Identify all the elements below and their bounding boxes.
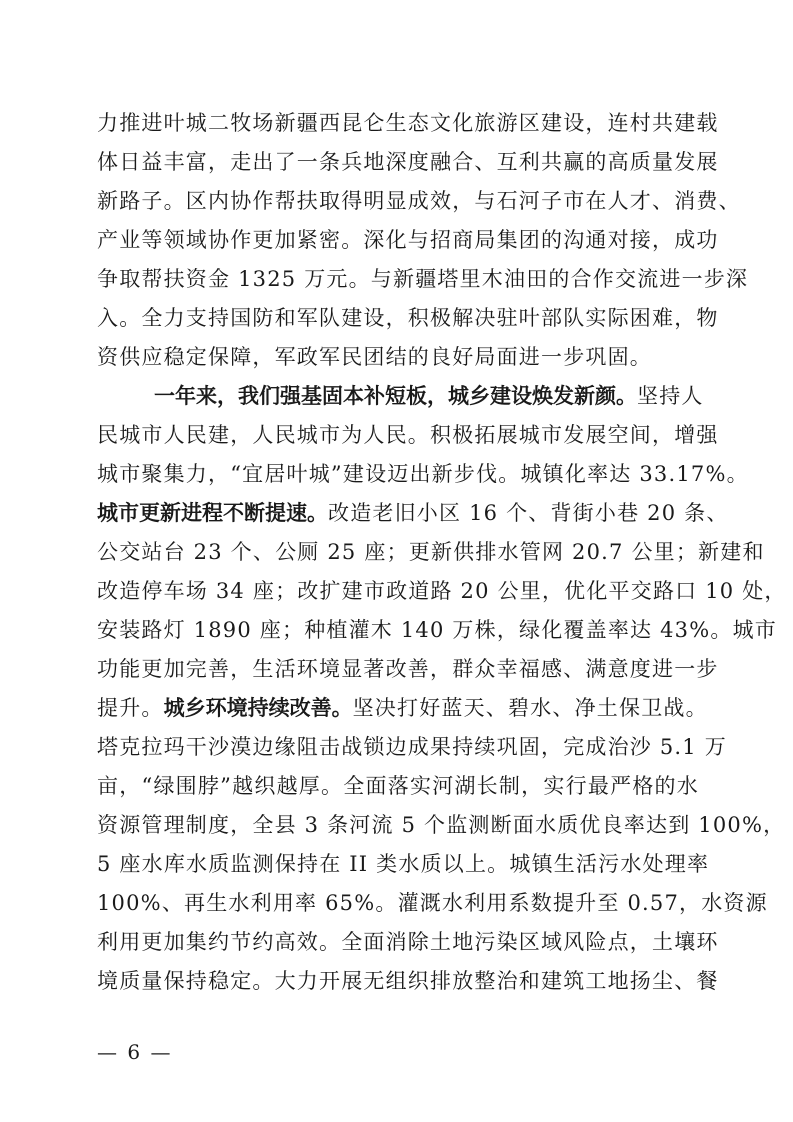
text-line: 城市更新进程不断提速。改造老旧小区 16 个、背街小巷 20 条、 — [97, 494, 699, 533]
text-segment: 功能更加完善，生活环境显著改善，群众幸福感、满意度进一步 — [97, 657, 719, 681]
text-line: 产业等领域协作更加紧密。深化与招商局集团的沟通对接，成功 — [97, 221, 699, 260]
text-line: 入。全力支持国防和军队建设，积极解决驻叶部队实际困难，物 — [97, 299, 699, 338]
text-line: 利用更加集约节约高效。全面消除土地污染区域风险点，土壤环 — [97, 923, 699, 962]
text-line: 安装路灯 1890 座；种植灌木 140 万株，绿化覆盖率达 43%。城市 — [97, 611, 699, 650]
text-segment: 民城市人民建，人民城市为人民。积极拓展城市发展空间，增强 — [97, 423, 719, 447]
text-segment: 改造老旧小区 16 个、背街小巷 20 条、 — [328, 501, 729, 525]
text-line: 争取帮扶资金 1325 万元。与新疆塔里木油田的合作交流进一步深 — [97, 260, 699, 299]
text-line: 5 座水库水质监测保持在 II 类水质以上。城镇生活污水处理率 — [97, 845, 699, 884]
paragraph-start-line: 一年来，我们强基固本补短板，城乡建设焕发新颜。坚持人 — [97, 377, 699, 416]
text-segment: 体日益丰富，走出了一条兵地深度融合、互利共赢的高质量发展 — [97, 150, 719, 174]
text-segment: 新路子。区内协作帮扶取得明显成效，与石河子市在人才、消费、 — [97, 189, 741, 213]
text-segment: 争取帮扶资金 1325 万元。与新疆塔里木油田的合作交流进一步深 — [97, 267, 748, 291]
text-segment: 塔克拉玛干沙漠边缘阻击战锁边成果持续巩固，完成治沙 5.1 万 — [97, 735, 727, 759]
text-segment: 城市聚集力，“宜居叶城”建设迈出新步伐。城镇化率达 33.17%。 — [97, 462, 749, 486]
text-segment: 境质量保持稳定。大力开展无组织排放整治和建筑工地扬尘、餐 — [97, 969, 719, 993]
text-line: 资源管理制度，全县 3 条河流 5 个监测断面水质优良率达到 100%， — [97, 806, 699, 845]
text-segment: 100%、再生水利用率 65%。灌溉水利用系数提升至 0.57，水资源 — [97, 891, 768, 915]
text-segment: 资供应稳定保障，军政军民团结的良好局面进一步巩固。 — [97, 345, 652, 369]
text-segment: 力推进叶城二牧场新疆西昆仑生态文化旅游区建设，连村共建载 — [97, 111, 719, 135]
text-segment: 安装路灯 1890 座；种植灌木 140 万株，绿化覆盖率达 43%。城市 — [97, 618, 777, 642]
text-line: 体日益丰富，走出了一条兵地深度融合、互利共赢的高质量发展 — [97, 143, 699, 182]
text-line: 100%、再生水利用率 65%。灌溉水利用系数提升至 0.57，水资源 — [97, 884, 699, 923]
page-number: — 6 — — [97, 1040, 172, 1064]
text-line: 资供应稳定保障，军政军民团结的良好局面进一步巩固。 — [97, 338, 699, 377]
subsection-heading: 城乡环境持续改善。 — [164, 696, 353, 720]
text-line: 塔克拉玛干沙漠边缘阻击战锁边成果持续巩固，完成治沙 5.1 万 — [97, 728, 699, 767]
text-segment: 资源管理制度，全县 3 条河流 5 个监测断面水质优良率达到 100%， — [97, 813, 785, 837]
text-line: 亩，“绿围脖”越织越厚。全面落实河湖长制，实行最严格的水 — [97, 767, 699, 806]
text-line: 民城市人民建，人民城市为人民。积极拓展城市发展空间，增强 — [97, 416, 699, 455]
text-segment: 坚决打好蓝天、碧水、净土保卫战。 — [353, 696, 708, 720]
subsection-heading: 城市更新进程不断提速。 — [97, 501, 328, 525]
text-line: 提升。城乡环境持续改善。坚决打好蓝天、碧水、净土保卫战。 — [97, 689, 699, 728]
text-line: 境质量保持稳定。大力开展无组织排放整治和建筑工地扬尘、餐 — [97, 962, 699, 1001]
text-segment: 5 座水库水质监测保持在 II 类水质以上。城镇生活污水处理率 — [97, 852, 709, 876]
text-line: 改造停车场 34 座；改扩建市政道路 20 公里，优化平交路口 10 处， — [97, 572, 699, 611]
text-segment: 坚持人 — [637, 384, 704, 408]
text-line: 新路子。区内协作帮扶取得明显成效，与石河子市在人才、消费、 — [97, 182, 699, 221]
text-segment: 公交站台 23 个、公厕 25 座；更新供排水管网 20.7 公里；新建和 — [97, 540, 765, 564]
text-segment: 亩，“绿围脖”越织越厚。全面落实河湖长制，实行最严格的水 — [97, 774, 699, 798]
text-segment: 提升。 — [97, 696, 164, 720]
document-body: 力推进叶城二牧场新疆西昆仑生态文化旅游区建设，连村共建载 体日益丰富，走出了一条… — [97, 104, 699, 1001]
text-line: 公交站台 23 个、公厕 25 座；更新供排水管网 20.7 公里；新建和 — [97, 533, 699, 572]
text-line: 功能更加完善，生活环境显著改善，群众幸福感、满意度进一步 — [97, 650, 699, 689]
text-line: 力推进叶城二牧场新疆西昆仑生态文化旅游区建设，连村共建载 — [97, 104, 699, 143]
text-segment: 产业等领域协作更加紧密。深化与招商局集团的沟通对接，成功 — [97, 228, 719, 252]
text-segment: 利用更加集约节约高效。全面消除土地污染区域风险点，土壤环 — [97, 930, 719, 954]
text-segment: 改造停车场 34 座；改扩建市政道路 20 公里，优化平交路口 10 处， — [97, 579, 787, 603]
section-heading: 一年来，我们强基固本补短板，城乡建设焕发新颜。 — [154, 384, 637, 408]
text-line: 城市聚集力，“宜居叶城”建设迈出新步伐。城镇化率达 33.17%。 — [97, 455, 699, 494]
text-segment: 入。全力支持国防和军队建设，积极解决驻叶部队实际困难，物 — [97, 306, 719, 330]
